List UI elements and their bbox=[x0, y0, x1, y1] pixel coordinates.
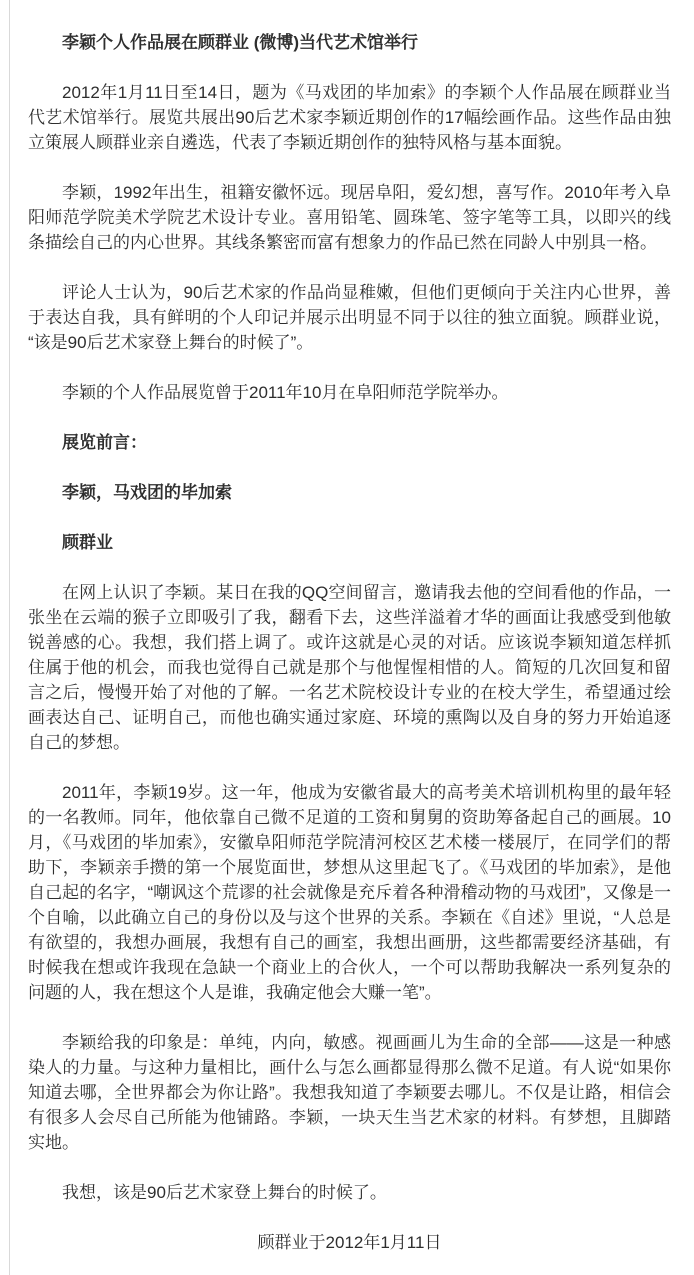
heading-author-name: 顾群业 bbox=[28, 530, 671, 555]
paragraph-impression: 李颖给我的印象是：单纯，内向，敏感。视画画儿为生命的全部——这是一种感染人的力量… bbox=[28, 1030, 671, 1155]
paragraph-critic-comment: 评论人士认为，90后艺术家的作品尚显稚嫩，但他们更倾向于关注内心世界，善于表达自… bbox=[28, 280, 671, 355]
article-title: 李颖个人作品展在顾群业 (微博)当代艺术馆举行 bbox=[28, 30, 671, 55]
heading-foreword: 展览前言： bbox=[28, 430, 671, 455]
paragraph-meeting-online: 在网上认识了李颖。某日在我的QQ空间留言，邀请我去他的空间看他的作品，一张坐在云… bbox=[28, 580, 671, 755]
left-border-rule bbox=[9, 0, 10, 1275]
document-page: 李颖个人作品展在顾群业 (微博)当代艺术馆举行 2012年1月11日至14日，题… bbox=[0, 0, 694, 1275]
signature-line: 顾群业于2012年1月11日 bbox=[28, 1230, 671, 1255]
heading-foreword-title: 李颖，马戏团的毕加索 bbox=[28, 480, 671, 505]
paragraph-previous-exhibition: 李颖的个人作品展览曾于2011年10月在阜阳师范学院举办。 bbox=[28, 380, 671, 405]
paragraph-closing: 我想，该是90后艺术家登上舞台的时候了。 bbox=[28, 1180, 671, 1205]
article-body: 李颖个人作品展在顾群业 (微博)当代艺术馆举行 2012年1月11日至14日，题… bbox=[0, 0, 694, 1275]
paragraph-2011-story: 2011年，李颖19岁。这一年，他成为安徽省最大的高考美术培训机构里的最年轻的一… bbox=[28, 780, 671, 1005]
paragraph-artist-bio: 李颖，1992年出生，祖籍安徽怀远。现居阜阳，爱幻想，喜写作。2010年考入阜阳… bbox=[28, 180, 671, 255]
paragraph-exhibition-intro: 2012年1月11日至14日，题为《马戏团的毕加索》的李颖个人作品展在顾群业当代… bbox=[28, 80, 671, 155]
